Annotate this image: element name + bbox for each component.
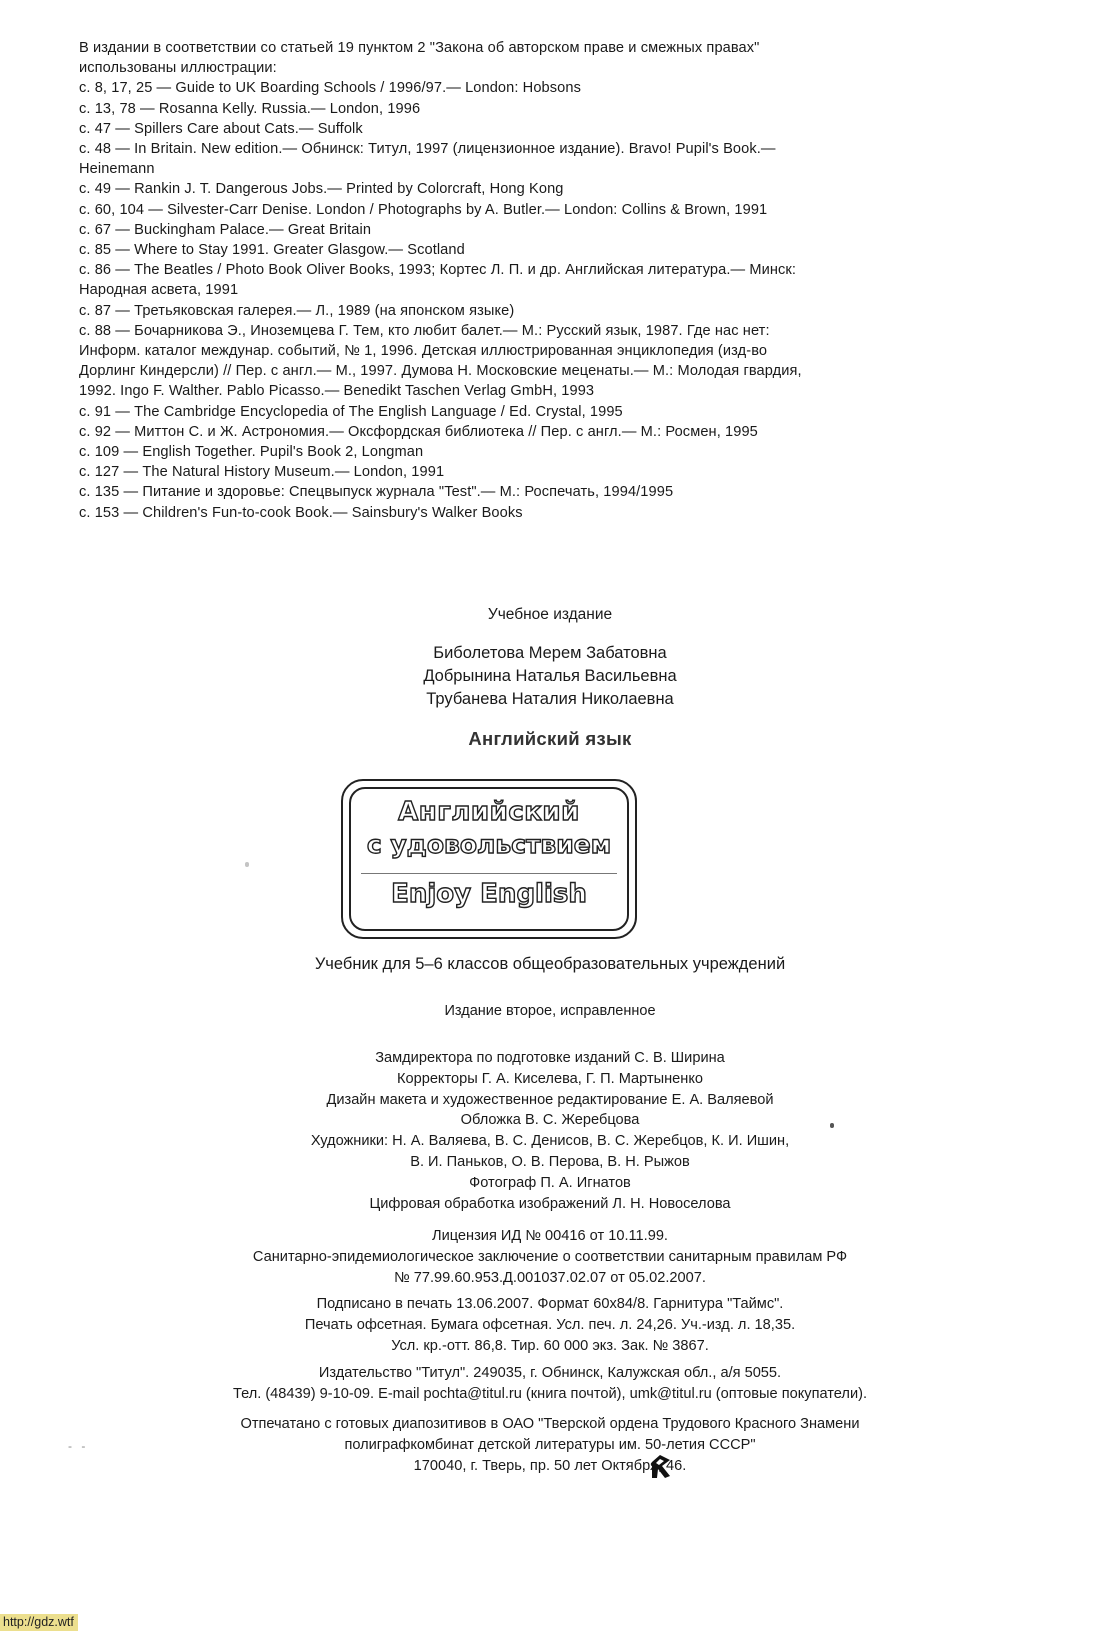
printer-line: полиграфкомбинат детской литературы им. … xyxy=(0,1435,1100,1456)
license-line: Санитарно-эпидемиологическое заключение … xyxy=(0,1247,1100,1268)
scan-artifact: - - xyxy=(68,1439,88,1453)
subject-title: Английский язык xyxy=(0,728,1100,750)
printing-line: Подписано в печать 13.06.2007. Формат 60… xyxy=(0,1294,1100,1315)
credit-line: с. 8, 17, 25 — Guide to UK Boarding Scho… xyxy=(79,78,909,98)
textbook-description: Учебник для 5–6 классов общеобразователь… xyxy=(0,955,1100,974)
license-line: Лицензия ИД № 00416 от 10.11.99. xyxy=(0,1226,1100,1247)
credit-line: 1992. Ingo F. Walther. Pablo Picasso.— B… xyxy=(79,381,909,401)
license-info: Лицензия ИД № 00416 от 10.11.99. Санитар… xyxy=(0,1226,1100,1289)
credit-line: с. 85 — Where to Stay 1991. Greater Glas… xyxy=(79,240,909,260)
author-name: Добрынина Наталья Васильевна xyxy=(0,665,1100,688)
authors: Биболетова Мерем Забатовна Добрынина Нат… xyxy=(0,642,1100,711)
scan-speck xyxy=(830,1123,834,1128)
credit-line: с. 86 — The Beatles / Photo Book Oliver … xyxy=(79,260,909,280)
staff-line: Корректоры Г. А. Киселева, Г. П. Мартыне… xyxy=(0,1069,1100,1090)
publisher-line: Издательство "Титул". 249035, г. Обнинск… xyxy=(0,1363,1100,1384)
credit-line: Народная асвета, 1991 xyxy=(79,280,909,300)
staff-credits: Замдиректора по подготовке изданий С. В.… xyxy=(0,1048,1100,1214)
credit-line: с. 92 — Миттон С. и Ж. Астрономия.— Оксф… xyxy=(79,422,909,442)
credit-line: с. 153 — Children's Fun-to-cook Book.— S… xyxy=(79,503,909,523)
author-name: Биболетова Мерем Забатовна xyxy=(0,642,1100,665)
staff-line: Дизайн макета и художественное редактиро… xyxy=(0,1090,1100,1111)
printing-line: Печать офсетная. Бумага офсетная. Усл. п… xyxy=(0,1315,1100,1336)
printer-emblem-icon xyxy=(648,1452,674,1480)
illustration-credits: В издании в соответствии со статьей 19 п… xyxy=(79,38,909,523)
logo-line-2: с удовольствием xyxy=(351,830,627,859)
credit-line: с. 49 — Rankin J. T. Dangerous Jobs.— Pr… xyxy=(79,179,909,199)
edition-type: Учебное издание xyxy=(0,606,1100,624)
credit-line: с. 48 — In Britain. New edition.— Обнинс… xyxy=(79,139,909,159)
edition-note: Издание второе, исправленное xyxy=(0,1003,1100,1019)
scan-speck xyxy=(245,862,249,867)
credit-line: с. 47 — Spillers Care about Cats.— Suffo… xyxy=(79,119,909,139)
printer-line: Отпечатано с готовых диапозитивов в ОАО … xyxy=(0,1414,1100,1435)
logo-line-1: Английский xyxy=(351,797,627,827)
credit-line: Heinemann xyxy=(79,159,909,179)
publisher-info: Издательство "Титул". 249035, г. Обнинск… xyxy=(0,1363,1100,1405)
series-logo: Английский с удовольствием Enjoy English xyxy=(341,779,637,939)
credit-line: с. 135 — Питание и здоровье: Спецвыпуск … xyxy=(79,482,909,502)
printer-info: Отпечатано с готовых диапозитивов в ОАО … xyxy=(0,1414,1100,1477)
staff-line: Обложка В. С. Жеребцова xyxy=(0,1110,1100,1131)
staff-line: В. И. Паньков, О. В. Перова, В. Н. Рыжов xyxy=(0,1152,1100,1173)
credit-line: с. 87 — Третьяковская галерея.— Л., 1989… xyxy=(79,301,909,321)
publisher-line: Тел. (48439) 9-10-09. E-mail pochta@titu… xyxy=(0,1384,1100,1405)
watermark-link[interactable]: http://gdz.wtf xyxy=(0,1614,78,1631)
staff-line: Фотограф П. А. Игнатов xyxy=(0,1173,1100,1194)
credit-line: с. 60, 104 — Silvester-Carr Denise. Lond… xyxy=(79,200,909,220)
staff-line: Замдиректора по подготовке изданий С. В.… xyxy=(0,1048,1100,1069)
credit-line: Дорлинг Киндерсли) // Пер. с англ.— М., … xyxy=(79,361,909,381)
printer-line: 170040, г. Тверь, пр. 50 лет Октября, 46… xyxy=(0,1456,1100,1477)
credit-line: Информ. каталог междунар. событий, № 1, … xyxy=(79,341,909,361)
credits-intro-line: использованы иллюстрации: xyxy=(79,58,909,78)
staff-line: Цифровая обработка изображений Л. Н. Нов… xyxy=(0,1194,1100,1215)
credit-line: с. 67 — Buckingham Palace.— Great Britai… xyxy=(79,220,909,240)
staff-line: Художники: Н. А. Валяева, В. С. Денисов,… xyxy=(0,1131,1100,1152)
credit-line: с. 109 — English Together. Pupil's Book … xyxy=(79,442,909,462)
printing-line: Усл. кр.-отт. 86,8. Тир. 60 000 экз. Зак… xyxy=(0,1336,1100,1357)
credit-line: с. 88 — Бочарникова Э., Иноземцева Г. Те… xyxy=(79,321,909,341)
credit-line: с. 127 — The Natural History Museum.— Lo… xyxy=(79,462,909,482)
license-line: № 77.99.60.953.Д.001037.02.07 от 05.02.2… xyxy=(0,1268,1100,1289)
author-name: Трубанева Наталия Николаевна xyxy=(0,688,1100,711)
logo-line-3: Enjoy English xyxy=(351,879,627,909)
credits-intro-line: В издании в соответствии со статьей 19 п… xyxy=(79,38,909,58)
logo-divider xyxy=(361,873,617,874)
series-logo-inner-frame: Английский с удовольствием Enjoy English xyxy=(349,787,629,931)
credit-line: с. 91 — The Cambridge Encyclopedia of Th… xyxy=(79,402,909,422)
printing-info: Подписано в печать 13.06.2007. Формат 60… xyxy=(0,1294,1100,1357)
credit-line: с. 13, 78 — Rosanna Kelly. Russia.— Lond… xyxy=(79,99,909,119)
